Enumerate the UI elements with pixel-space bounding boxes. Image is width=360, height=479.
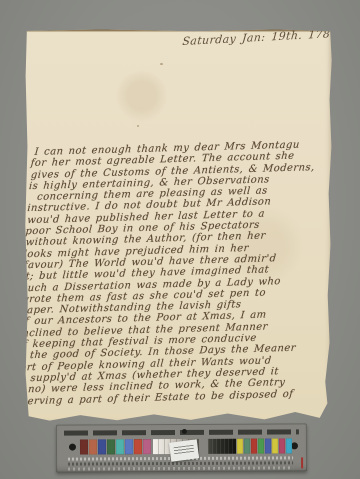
color-patch	[125, 439, 133, 454]
letter-paper: Saturday Jan: 19th. 1789 I can not enoug…	[25, 29, 332, 421]
color-patch	[89, 439, 97, 454]
letter-date: Saturday Jan: 19th. 1789	[182, 27, 333, 48]
color-patch	[265, 439, 271, 454]
color-patch	[143, 439, 151, 454]
microtext-row	[68, 466, 293, 470]
letter-body-text: I can not enough thank my dear Mrs Monta…	[12, 139, 330, 408]
color-patch	[244, 439, 250, 454]
color-patch	[80, 439, 88, 454]
registration-dot-center	[182, 429, 187, 434]
photo-canvas: Saturday Jan: 19th. 1789 I can not enoug…	[0, 0, 360, 479]
color-patch	[134, 439, 142, 454]
microtext-row	[68, 461, 293, 465]
red-index-mark	[301, 457, 303, 468]
color-patch	[237, 439, 243, 454]
paper-speck	[160, 63, 163, 65]
color-patch	[286, 438, 292, 453]
microtext-row	[68, 456, 293, 460]
color-patch	[258, 439, 264, 454]
density-step-wedge	[208, 439, 236, 454]
color-calibration-bar	[56, 423, 307, 472]
color-patch	[279, 438, 285, 453]
registration-dot-left	[69, 444, 76, 451]
color-patch	[116, 439, 124, 454]
color-patch	[98, 439, 106, 454]
color-patches-right	[237, 438, 292, 453]
registration-dot-right	[291, 442, 298, 449]
color-patch	[107, 439, 115, 454]
color-patches-left	[80, 439, 151, 454]
color-patch	[272, 438, 278, 453]
color-patch	[251, 439, 257, 454]
paper-speck	[137, 125, 139, 127]
